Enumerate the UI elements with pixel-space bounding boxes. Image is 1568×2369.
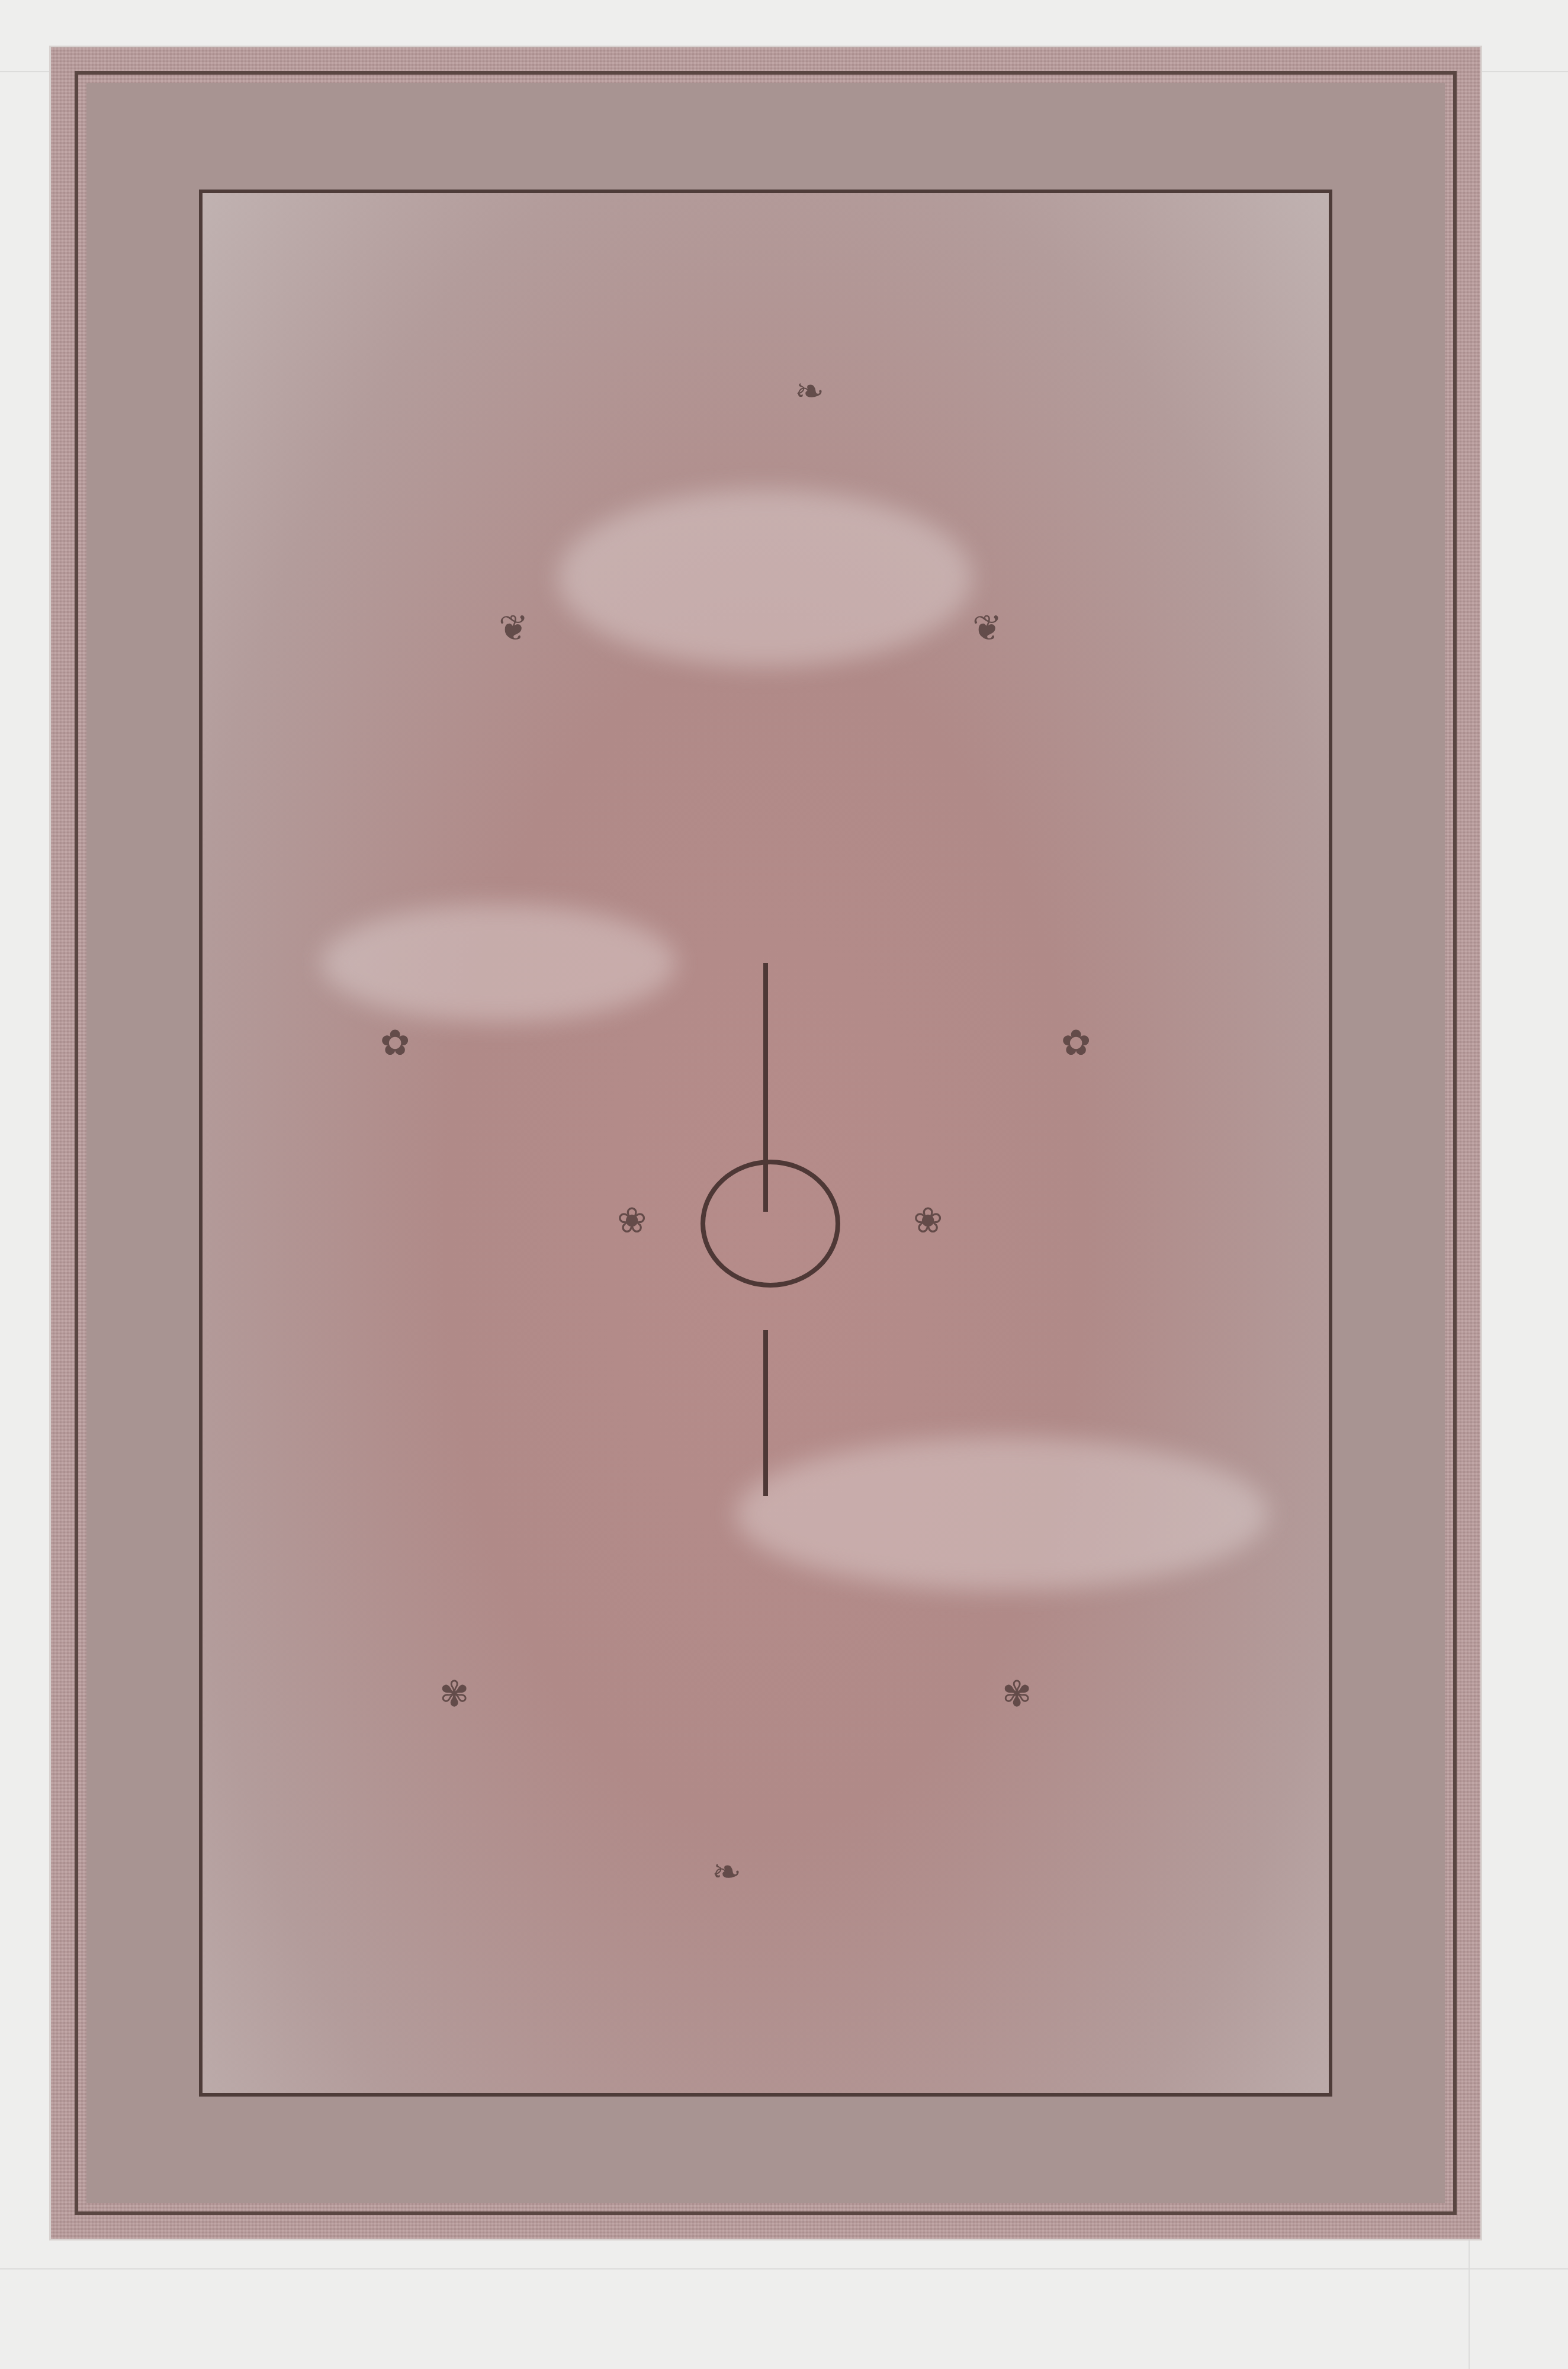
worn-area xyxy=(735,1437,1268,1591)
flower-icon: ✾ xyxy=(439,1674,469,1715)
rug-field: ✿ ✿ ❀ ❀ ❦ ❦ ✾ ✾ ❧ ❧ xyxy=(199,190,1332,2097)
rug: ✿ ✿ ❀ ❀ ❦ ❦ ✾ ✾ ❧ ❧ xyxy=(51,47,1480,2239)
central-medallion xyxy=(701,1160,840,1288)
flower-icon: ✿ xyxy=(1061,1022,1091,1064)
worn-area xyxy=(321,904,676,1022)
floor-tile-seam xyxy=(1469,2239,1470,2369)
leaf-icon: ❦ xyxy=(499,608,528,649)
leaf-icon: ❧ xyxy=(795,371,824,412)
flower-icon: ✿ xyxy=(380,1022,410,1064)
flower-icon: ❀ xyxy=(617,1200,647,1241)
flower-icon: ❀ xyxy=(913,1200,943,1241)
worn-area xyxy=(558,489,972,667)
floor-tile-seam xyxy=(0,2268,1568,2270)
central-stem xyxy=(763,1330,768,1496)
flower-icon: ✾ xyxy=(1002,1674,1032,1715)
leaf-icon: ❦ xyxy=(972,608,1002,649)
leaf-icon: ❧ xyxy=(712,1851,741,1893)
